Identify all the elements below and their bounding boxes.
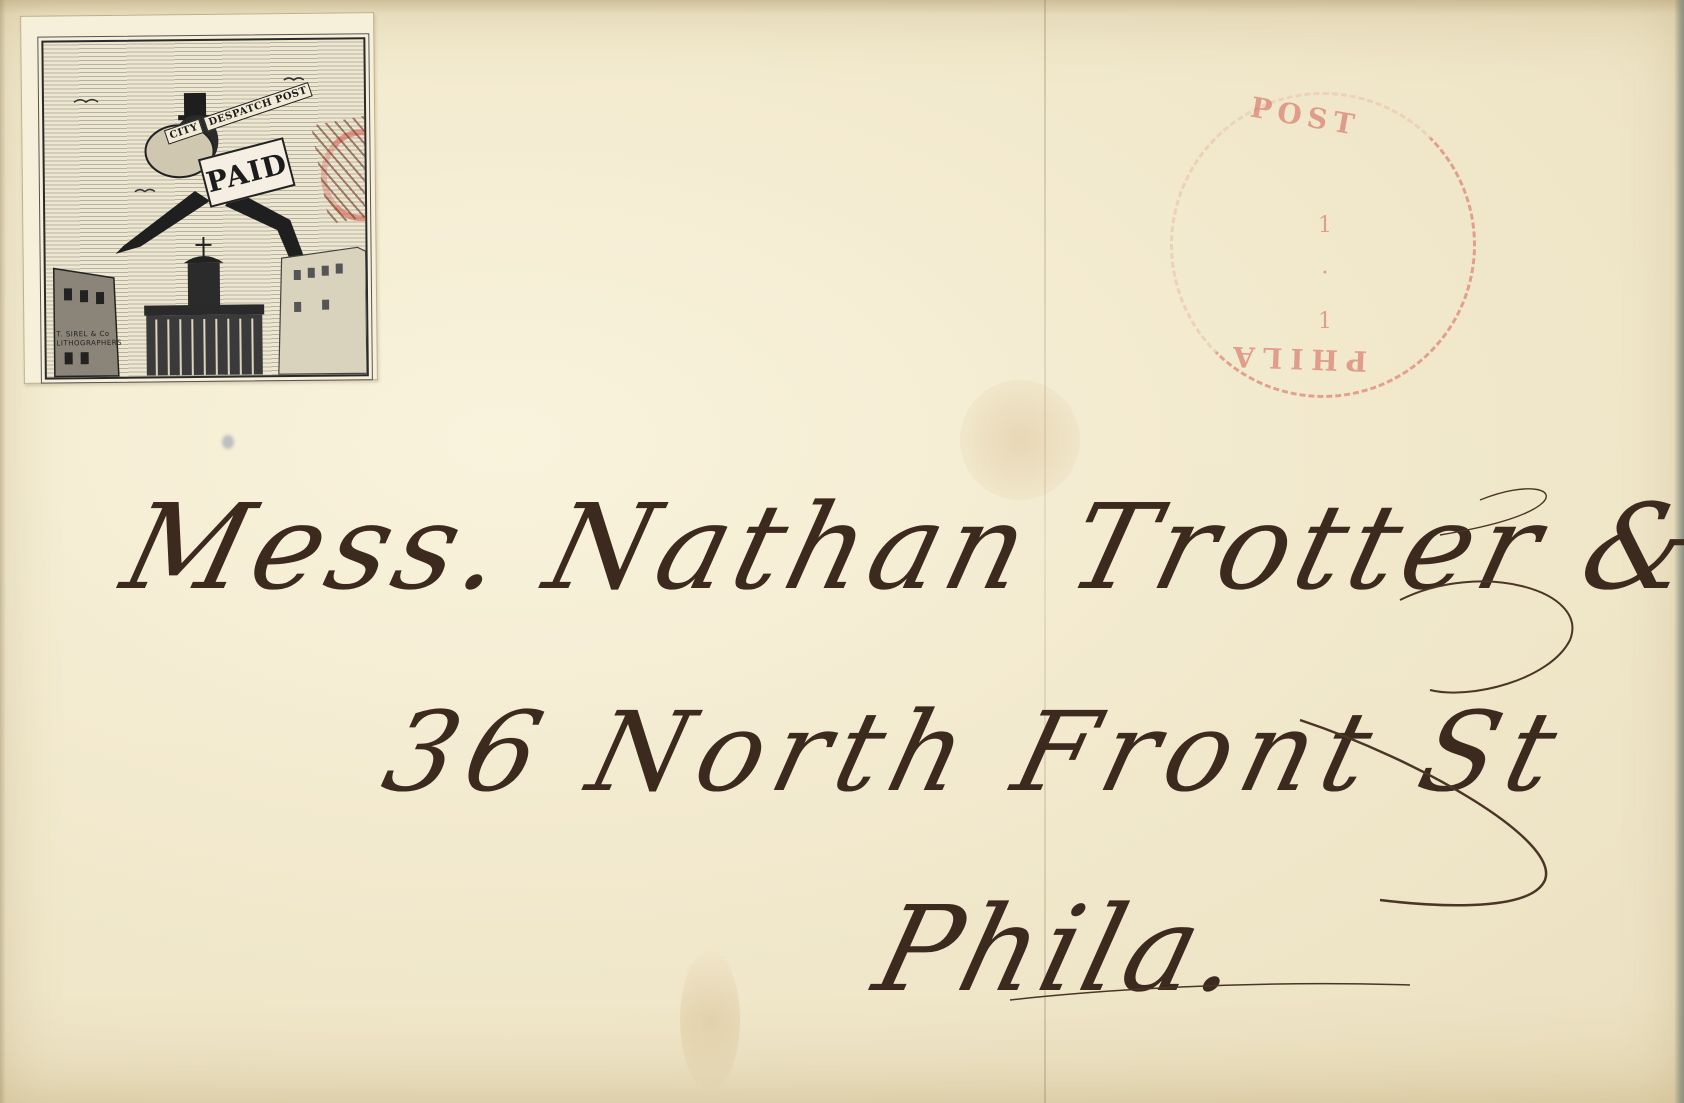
foxing-stain [680,950,740,1090]
postmark-date-line: 1 [1305,202,1345,250]
stamp-mount: CITY DESPATCH POST PAID T. SIREL & Co LI… [20,12,378,384]
lithographer-imprint: T. SIREL & Co LITHOGRAPHERS [56,330,122,349]
postmark-date-line: 1 [1305,298,1345,346]
address-addressee: Mess. Nathan Trotter & Co [111,478,1684,616]
circular-postmark: POST 1 · 1 PHILA [1170,92,1490,412]
left-edge [0,0,6,1103]
city-despatch-post-stamp: CITY DESPATCH POST PAID T. SIREL & Co LI… [41,37,369,379]
postmark-date-line: · [1305,250,1345,298]
address-city: Phila. [863,880,1260,1018]
ink-spot [222,435,234,449]
envelope-cover: CITY DESPATCH POST PAID T. SIREL & Co LI… [0,0,1684,1103]
top-fold-shadow [0,0,1684,14]
imprint-line-2: LITHOGRAPHERS [56,339,122,349]
postmark-date: 1 · 1 [1305,202,1345,346]
address-street: 36 North Front St [372,688,1579,816]
postmark-bottom-text: PHILA [1224,340,1367,378]
